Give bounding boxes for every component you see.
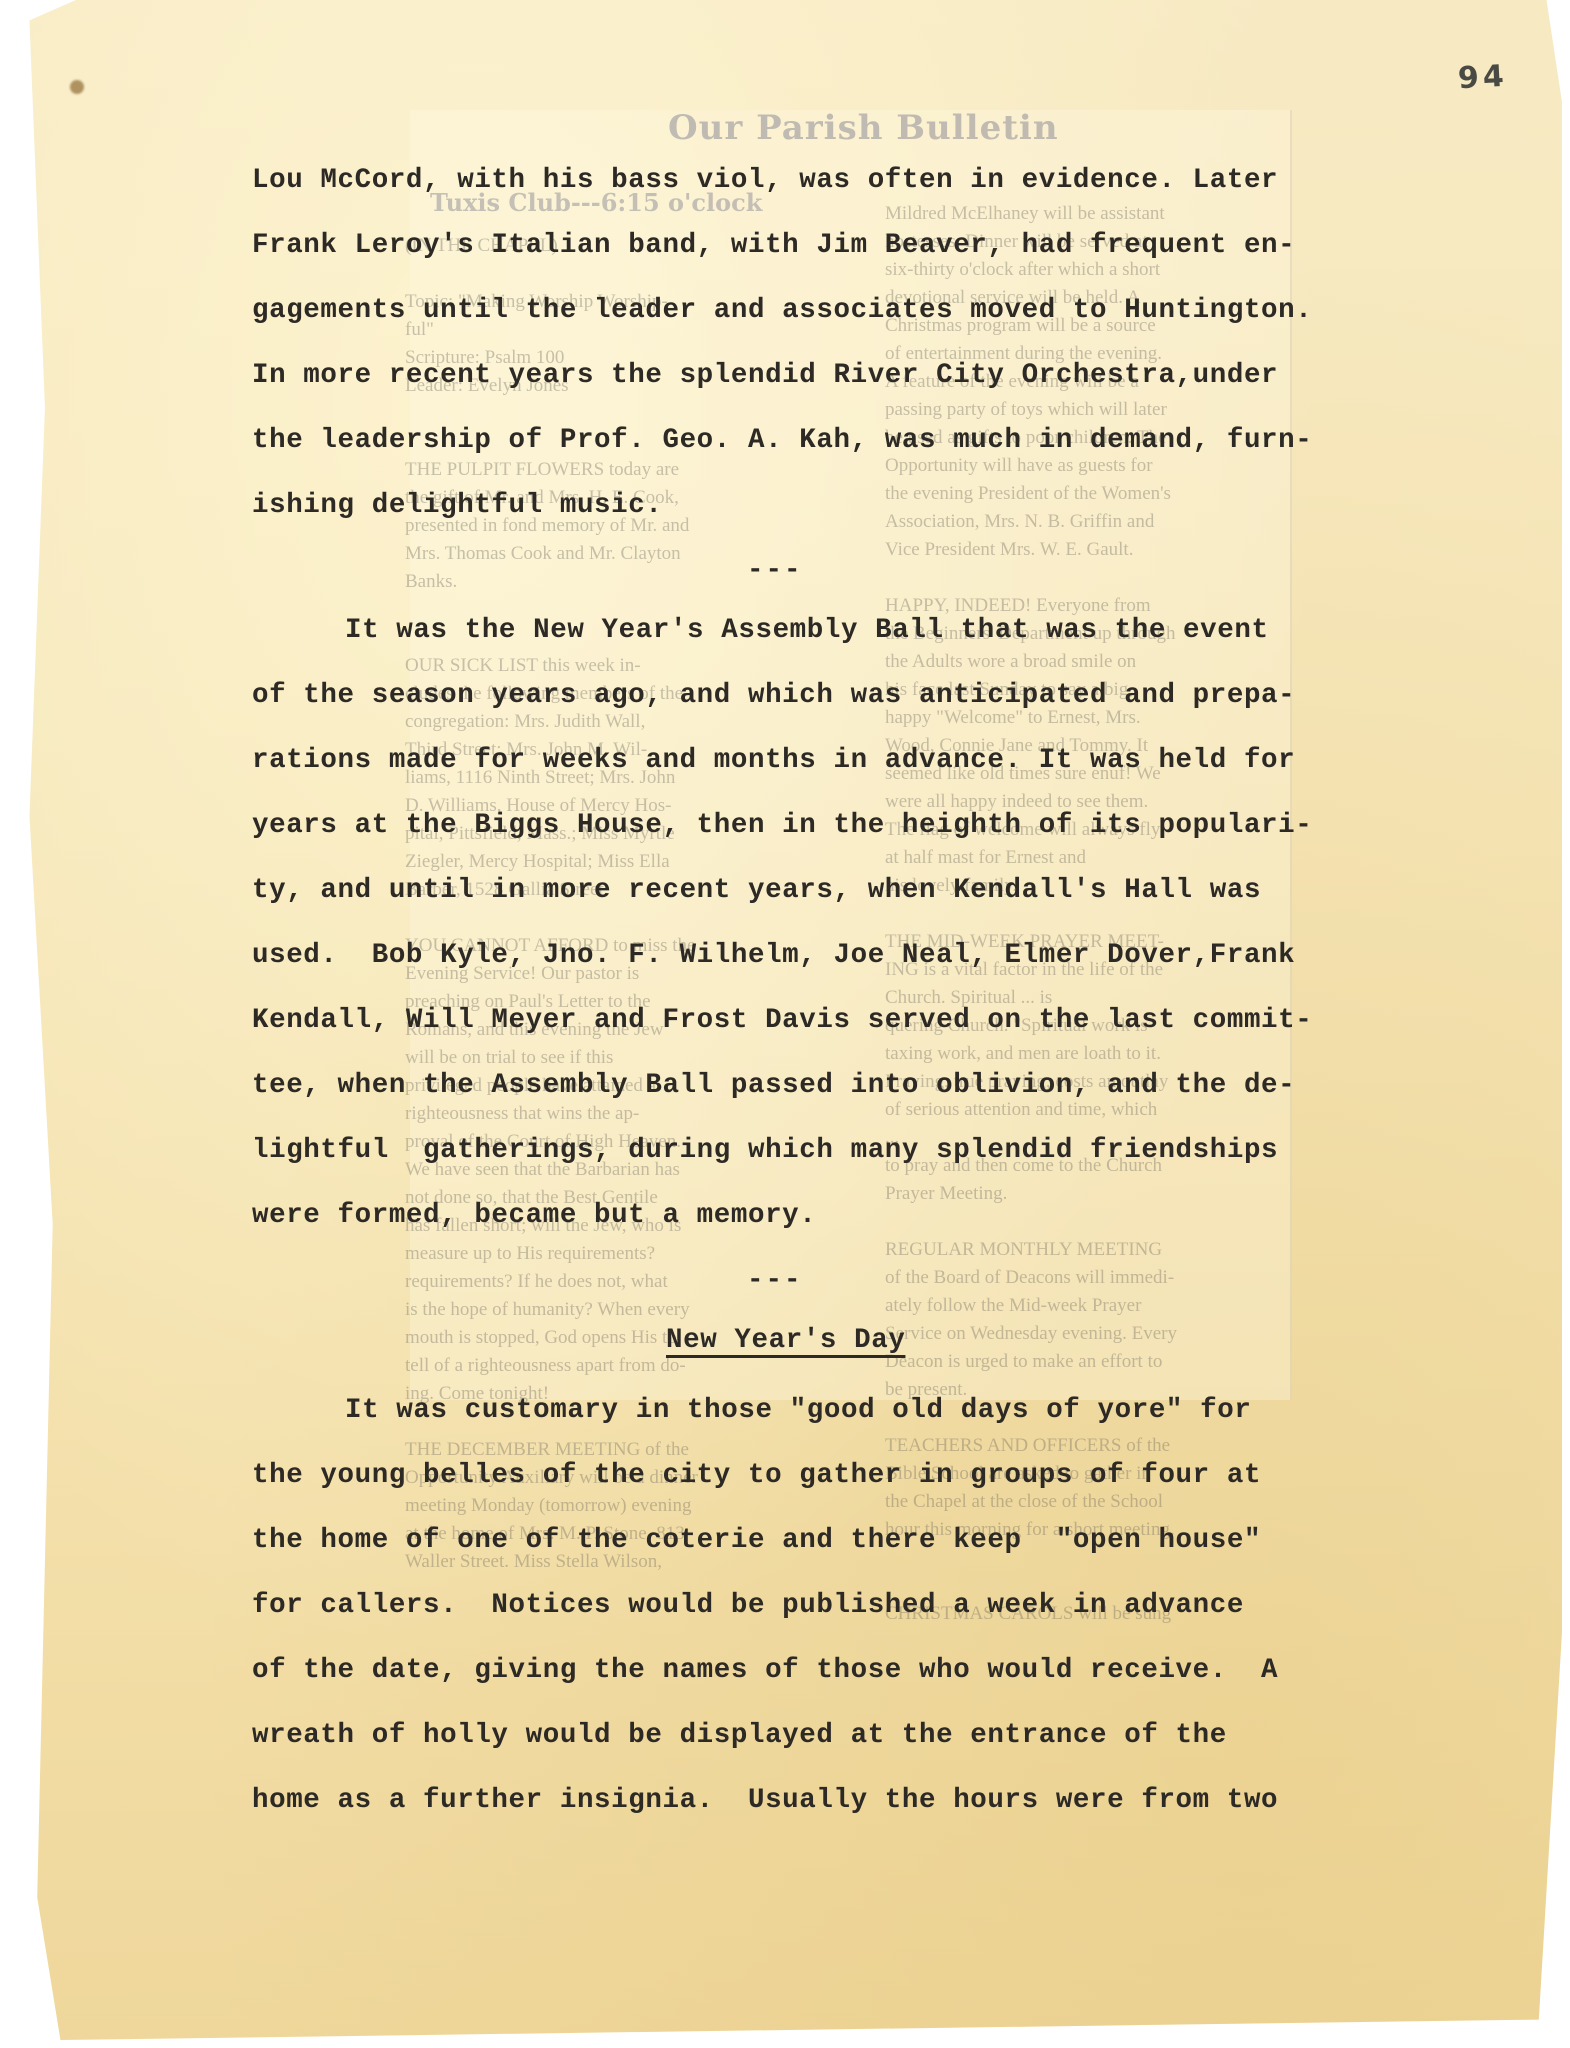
page-number: 94 (1457, 59, 1509, 97)
section-separator: --- (252, 538, 1432, 598)
text-line: tee, when the Assembly Ball passed into … (252, 1053, 1432, 1118)
section-heading: New Year's Day (666, 1325, 905, 1356)
text-line: home as a further insignia. Usually the … (252, 1768, 1432, 1833)
text-line: the home of one of the coterie and there… (252, 1508, 1432, 1573)
typescript-body: Lou McCord, with his bass viol, was ofte… (252, 148, 1432, 1833)
paragraph-music: Lou McCord, with his bass viol, was ofte… (252, 148, 1432, 538)
text-line: the young belles of the city to gather i… (252, 1443, 1432, 1508)
paper-stain (70, 80, 84, 94)
paragraph-new-years-day: It was customary in those "good old days… (252, 1378, 1432, 1833)
text-line: It was customary in those "good old days… (252, 1378, 1432, 1443)
section-heading-wrap: New Year's Day (252, 1308, 1432, 1378)
text-line: gagements until the leader and associate… (252, 278, 1432, 343)
text-line: rations made for weeks and months in adv… (252, 728, 1432, 793)
text-line: Lou McCord, with his bass viol, was ofte… (252, 148, 1432, 213)
text-line: In more recent years the splendid River … (252, 343, 1432, 408)
text-line: were formed, became but a memory. (252, 1183, 1432, 1248)
text-line: lightful gatherings, during which many s… (252, 1118, 1432, 1183)
text-line: of the date, giving the names of those w… (252, 1638, 1432, 1703)
section-separator: --- (252, 1248, 1432, 1308)
text-line: ty, and until in more recent years, when… (252, 858, 1432, 923)
text-line: ishing delightful music. (252, 473, 1432, 538)
text-line: wreath of holly would be displayed at th… (252, 1703, 1432, 1768)
text-line: Frank Leroy's Italian band, with Jim Bea… (252, 213, 1432, 278)
text-line: years at the Biggs House, then in the he… (252, 793, 1432, 858)
paragraph-assembly-ball: It was the New Year's Assembly Ball that… (252, 598, 1432, 1248)
text-line: for callers. Notices would be published … (252, 1573, 1432, 1638)
text-line: Kendall, Will Meyer and Frost Davis serv… (252, 988, 1432, 1053)
text-line: It was the New Year's Assembly Ball that… (252, 598, 1432, 663)
text-line: used. Bob Kyle, Jno. F. Wilhelm, Joe Nea… (252, 923, 1432, 988)
text-line: of the season years ago, and which was a… (252, 663, 1432, 728)
bleed-through-masthead: Our Parish Bulletin (668, 108, 1059, 148)
text-line: the leadership of Prof. Geo. A. Kah, was… (252, 408, 1432, 473)
